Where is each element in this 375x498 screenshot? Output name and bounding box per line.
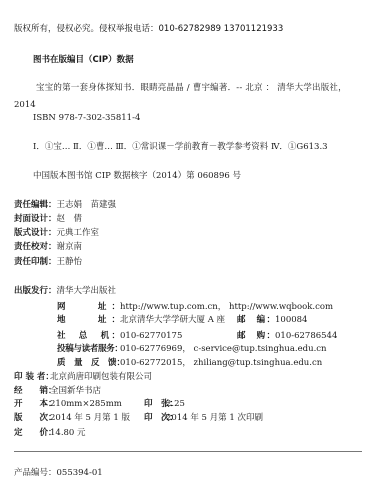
distributor-row: 经 销：全国新华书店 [14,386,101,397]
cip-heading: 图书在版编目（CIP）数据 [33,55,134,66]
service-value: 010-62776969， c-service@tup.tsinghua.edu… [120,344,327,354]
publisher-heading: 出版发行：清华大学出版社 [14,286,116,297]
credit-label: 封面设计： [14,214,57,224]
website-label: 网 址： [57,302,120,313]
feedback-label: 质 量 反 馈： [57,358,120,369]
postcode-field: 邮 编：100084 [237,315,307,326]
website-value: http://www.tup.com.cn， http://www.wqbook… [120,302,333,312]
sheets-field: 印 张：2.25 [144,399,185,410]
feedback-value: 010-62772015， zhiliang@tup.tsinghua.edu.… [120,358,322,368]
printing-value: 2014 年 5 月第 1 次印刷 [166,413,263,423]
price-value: 14.80 元 [50,428,86,438]
switchboard-label: 社 总 机： [57,331,120,342]
credit-label: 责任校对： [14,242,57,252]
credit-label: 责任编辑： [14,200,57,210]
credit-value: 赵 倩 [57,214,83,224]
publisher-website-row: 网 址：http://www.tup.com.cn， http://www.wq… [57,302,333,313]
copyright-notice: 版权所有，侵权必究。侵权举报电话：010-62782989 1370112193… [14,24,283,35]
edition-value: 2014 年 5 月第 1 版 [50,413,130,423]
credit-printing-supervisor: 责任印制：王静怡 [14,257,82,268]
postcode-label: 邮 编： [237,315,275,326]
credit-value: 王志娟 苗建强 [57,200,117,210]
publisher-address-row: 地 址：北京清华大学学研大厦 A 座 邮 编：100084 [57,315,225,326]
postcode-value: 100084 [275,315,307,325]
price-label: 定 价： [14,428,50,439]
format-value: 210mm×285mm [50,399,122,409]
sheets-label: 印 张： [144,399,166,410]
edition-label: 版 次： [14,413,50,424]
mail-order-field: 邮 购：010-62786544 [237,331,337,342]
cip-number: 中国版本图书馆 CIP 数据核字（2014）第 060896 号 [33,171,241,182]
printing-label: 印 次： [144,413,166,424]
classification: Ⅰ．①宝… Ⅱ．①曹… Ⅲ．①常识课－学前教育－教学参考资料 Ⅳ．①G613.3 [33,142,328,153]
switchboard-value: 010-62770175 [120,331,182,341]
printer-row: 印 装 者：北京尚唐印刷包装有限公司 [14,372,152,383]
cip-book-year: 2014 [14,100,36,111]
address-value: 北京清华大学学研大厦 A 座 [120,315,225,325]
credit-value: 王静怡 [57,257,83,267]
credit-label: 责任印制： [14,257,57,267]
sheets-value: 2.25 [166,399,185,409]
isbn: ISBN 978-7-302-35811-4 [33,113,140,124]
distributor-label: 经 销： [14,386,50,397]
credit-value: 谢京南 [57,242,83,252]
format-label: 开 本： [14,399,50,410]
publisher-feedback-row: 质 量 反 馈：010-62772015， zhiliang@tup.tsing… [57,358,322,369]
service-label: 投稿与读者服务： [57,344,120,355]
mail-order-label: 邮 购： [237,331,275,342]
publisher-switchboard-row: 社 总 机：010-62770175 邮 购：010-62786544 [57,331,182,342]
product-code: 产品编号：055394-01 [14,468,103,479]
edition-row: 版 次：2014 年 5 月第 1 版 印 次：2014 年 5 月第 1 次印… [14,413,130,424]
credit-responsible-editor: 责任编辑：王志娟 苗建强 [14,200,116,211]
publisher-service-row: 投稿与读者服务：010-62776969， c-service@tup.tsin… [57,344,327,355]
address-label: 地 址： [57,315,120,326]
credit-cover-design: 封面设计：赵 倩 [14,214,82,225]
printing-field: 印 次：2014 年 5 月第 1 次印刷 [144,413,263,424]
format-row: 开 本：210mm×285mm 印 张：2.25 [14,399,122,410]
credit-layout-design: 版式设计：元典工作室 [14,228,99,239]
printer-value: 北京尚唐印刷包装有限公司 [50,372,152,382]
cip-book-title-line: 宝宝的第一套身体探知书．眼睛亮晶晶 / 曹宇编著．-- 北京 ： 清华大学出版社… [36,83,347,94]
credit-proofreader: 责任校对：谢京南 [14,242,82,253]
printer-label: 印 装 者： [14,372,50,383]
publisher-label: 出版发行： [14,286,57,296]
divider-line [14,451,362,452]
publisher-name: 清华大学出版社 [57,286,117,296]
credit-value: 元典工作室 [57,228,100,238]
distributor-value: 全国新华书店 [50,386,101,396]
credit-label: 版式设计： [14,228,57,238]
mail-order-value: 010-62786544 [275,331,337,341]
price-row: 定 价：14.80 元 [14,428,86,439]
